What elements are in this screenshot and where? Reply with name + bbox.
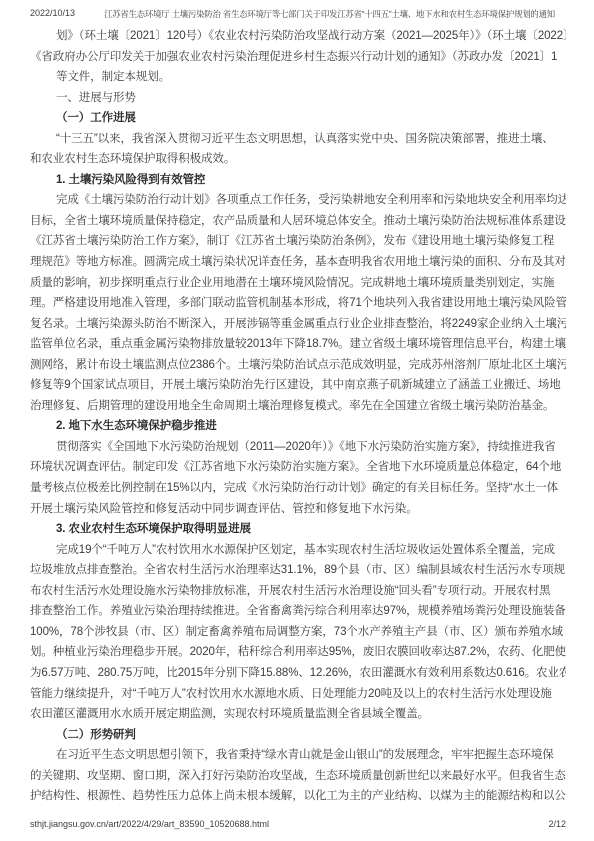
document-line: 在习近平生态文明思想引领下，我省秉持“绿水青山就是金山银山”的发展理念，牢牢把握… (30, 745, 566, 766)
document-line: “十三五”以来，我省深入贯彻习近平生态文明思想，认真落实党中央、国务院决策部署，… (30, 129, 566, 150)
document-line: 理规范》等地方标准。圆满完成土壤污染状况详查任务，基本查明我省农用地土壤污染的面… (30, 252, 566, 273)
document-line: 《江苏省土壤污染防治工作方案》，制订《江苏省土壤污染防治条例》，发布《建设用地土… (30, 231, 566, 252)
section-heading-line: 2. 地下水生态环境保护稳步推进 (30, 416, 566, 437)
document-line: 和农业农村生态环境保护取得积极成效。 (30, 149, 566, 170)
document-line: 布农村生活污水处理设施水污染物排放标准，开展农村生活污水治理设施“回头看”专项行… (30, 581, 566, 602)
page-title: 江苏省生态环境厅 土壤污染防治 省生态环境厅等七部门关于印发江苏省“十四五”土壤… (93, 8, 566, 20)
document-line: 开展土壤污染风险管控和修复活动中同步调查评估、管控和修复地下水污染。 (30, 499, 566, 520)
document-line: 贯彻落实《全国地下水污染防治规划（2011—2020年）》《地下水污染防治实施方… (30, 437, 566, 458)
section-heading-line: （一）工作进展 (30, 108, 566, 129)
document-line: 《省政府办公厅印发关于加强农业农村污染治理促进乡村生态振兴行动计划的通知》（苏政… (30, 47, 566, 68)
page-number: 2/12 (548, 819, 566, 829)
document-line: 为6.57万吨、280.75万吨，比2015年分别下降15.88%、12.26%… (30, 663, 566, 684)
document-line: 一、进展与形势 (30, 88, 566, 109)
document-line: 测网络，累计布设土壤监测点位2386个。土壤污染防治试点示范成效明显，完成苏州溶… (30, 355, 566, 376)
section-heading-line: （二）形势研判 (30, 725, 566, 746)
source-url: sthjt.jiangsu.gov.cn/art/2022/4/29/art_8… (30, 819, 269, 829)
document-line: 复名录。土壤污染源头防治不断深入，开展涉镉等重金属重点行业企业排查整治，将224… (30, 314, 566, 335)
document-line: 等文件，制定本规划。 (30, 67, 566, 88)
section-heading-line: 3. 农业农村生态环境保护取得明显进展 (30, 519, 566, 540)
document-line: 划》（环土壤〔2021〕120号）《农业农村污染防治攻坚战行动方案（2021—2… (30, 26, 566, 47)
section-heading-line: 1. 土壤污染风险得到有效管控 (30, 170, 566, 191)
document-body: 划》（环土壤〔2021〕120号）《农业农村污染防治攻坚战行动方案（2021—2… (30, 26, 566, 807)
print-header: 2022/10/13 江苏省生态环境厅 土壤污染防治 省生态环境厅等七部门关于印… (30, 8, 566, 20)
printed-document-page: 2022/10/13 江苏省生态环境厅 土壤污染防治 省生态环境厅等七部门关于印… (0, 0, 594, 841)
document-line: 质量的影响，初步探明重点行业企业用地潜在土壤环境风险情况。完成耕地土壤环境质量类… (30, 273, 566, 294)
document-line: 管能力继续提升，对“千吨万人”农村饮用水水源地水质、日处理能力20吨及以上的农村… (30, 684, 566, 705)
document-line: 环境状况调查评估。制定印发《江苏省地下水污染防治实施方案》。全省地下水环境质量总… (30, 457, 566, 478)
document-line: 理。严格建设用地准入管理，多部门联动监管机制基本形成，将71个地块列入我省建设用… (30, 293, 566, 314)
document-line: 监管单位名录，重点重金属污染物排放量较2013年下降18.7%。建立省级土壤环境… (30, 334, 566, 355)
document-line: 护结构性、根源性、趋势性压力总体上尚未根本缓解，以化工为主的产业结构、以煤为主的… (30, 786, 566, 807)
print-footer: sthjt.jiangsu.gov.cn/art/2022/4/29/art_8… (30, 819, 566, 829)
document-line: 农田灌区灌溉用水水质开展定期监测，实现农村环境质量监测全省县域全覆盖。 (30, 704, 566, 725)
document-line: 的关键期、攻坚期、窗口期，深入打好污染防治攻坚战，生态环境质量创新世纪以来最好水… (30, 766, 566, 787)
document-line: 量考核点位极差比例控制在15%以内，完成《水污染防治行动计划》确定的有关目标任务… (30, 478, 566, 499)
document-line: 治理修复、后期管理的建设用地全生命周期土壤治理修复模式。率先在全国建立省级土壤污… (30, 396, 566, 417)
document-line: 垃圾堆放点排查整治。全省农村生活污水治理率达31.1%，89个县（市、区）编制县… (30, 560, 566, 581)
document-line: 100%，78个涉牧县（市、区）制定畜禽养殖布局调整方案，73个水产养殖主产县（… (30, 622, 566, 643)
document-line: 修复等9个国家试点项目，开展土壤污染防治先行区建设，其中南京燕子矶新城建立了涵盖… (30, 375, 566, 396)
document-line: 完成19个“千吨万人”农村饮用水水源保护区划定，基本实现农村生活垃圾收运处置体系… (30, 540, 566, 561)
document-line: 完成《土壤污染防治行动计划》各项重点工作任务，受污染耕地安全利用率和污染地块安全… (30, 190, 566, 211)
document-line: 目标，全省土壤环境质量保持稳定，农产品质量和人居环境总体安全。推动土壤污染防治法… (30, 211, 566, 232)
document-line: 划。种植业污染治理稳步开展。2020年，秸秆综合利用率达95%，废旧农膜回收率达… (30, 642, 566, 663)
document-line: 排查整治工作。养殖业污染治理持续推进。全省畜禽粪污综合利用率达97%，规模养殖场… (30, 601, 566, 622)
print-date: 2022/10/13 (30, 8, 75, 18)
